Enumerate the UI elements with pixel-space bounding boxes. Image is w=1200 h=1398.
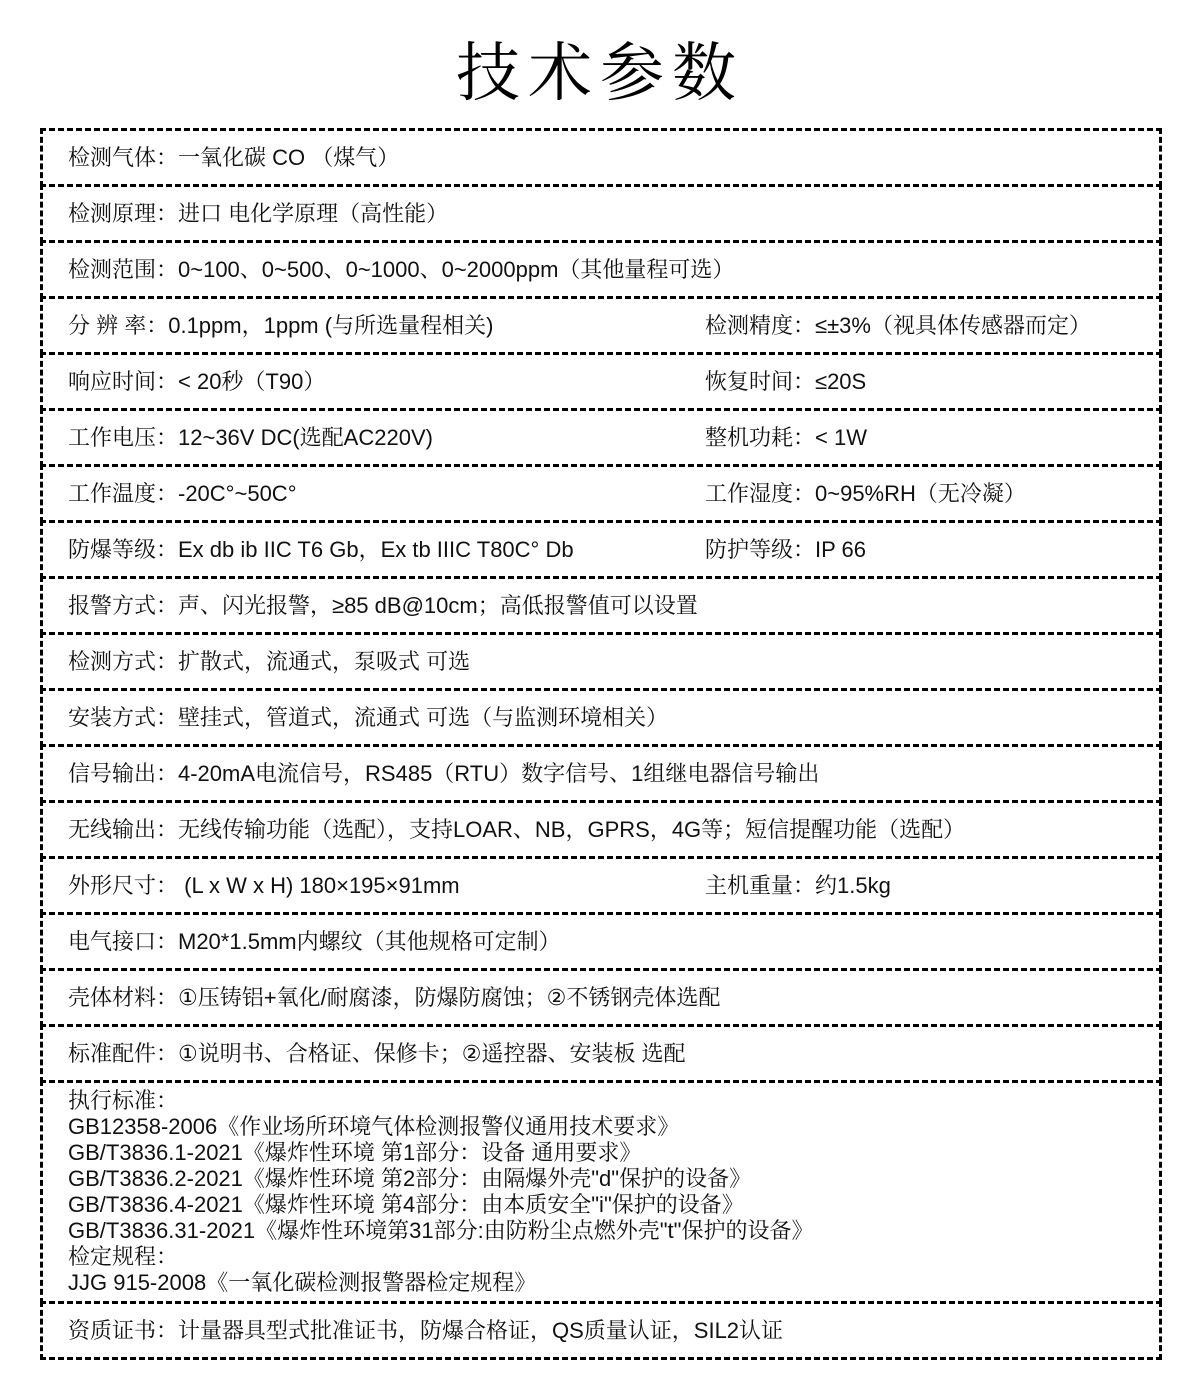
spec-row-explosion-protection-rating: 防爆等级：Ex db ib IIC T6 Gb，Ex tb IIIC T80C°…	[40, 520, 1162, 579]
spec-text-right: 恢复时间：≤20S	[705, 369, 866, 395]
spec-row-detect-principle: 检测原理：进口 电化学原理（高性能）	[40, 184, 1162, 243]
spec-row-detect-gas: 检测气体：一氧化碳 CO （煤气）	[40, 128, 1162, 187]
standards-line: GB12358-2006《作业场所环境气体检测报警仪通用技术要求》	[68, 1114, 1159, 1140]
spec-text-right: 工作湿度：0~95%RH（无冷凝）	[705, 481, 1026, 507]
spec-row-dimensions-weight: 外形尺寸： (L x W x H) 180×195×91mm 主机重量：约1.5…	[40, 856, 1162, 915]
spec-row-alarm-mode: 报警方式：声、闪光报警，≥85 dB@10cm；高低报警值可以设置	[40, 576, 1162, 635]
spec-text: 报警方式：声、闪光报警，≥85 dB@10cm；高低报警值可以设置	[43, 593, 698, 619]
standards-line: GB/T3836.2-2021《爆炸性环境 第2部分：由隔爆外壳"d"保护的设备…	[68, 1166, 1159, 1192]
spec-text: 检测气体：一氧化碳 CO （煤气）	[43, 145, 399, 171]
spec-text-left: 工作电压：12~36V DC(选配AC220V)	[43, 425, 433, 451]
spec-row-signal-output: 信号输出：4-20mA电流信号，RS485（RTU）数字信号、1组继电器信号输出	[40, 744, 1162, 803]
spec-row-voltage-power: 工作电压：12~36V DC(选配AC220V) 整机功耗：< 1W	[40, 408, 1162, 467]
spec-row-certificates: 资质证书：计量器具型式批准证书，防爆合格证，QS质量认证，SIL2认证	[40, 1301, 1162, 1360]
spec-row-standard-accessories: 标准配件：①说明书、合格证、保修卡；②遥控器、安装板 选配	[40, 1024, 1162, 1083]
spec-row-response-recovery-time: 响应时间：< 20秒（T90） 恢复时间：≤20S	[40, 352, 1162, 411]
spec-text-right: 主机重量：约1.5kg	[705, 873, 891, 899]
spec-row-install-mode: 安装方式：壁挂式，管道式，流通式 可选（与监测环境相关）	[40, 688, 1162, 747]
page-title: 技术参数	[0, 22, 1200, 114]
spec-table: 检测气体：一氧化碳 CO （煤气） 检测原理：进口 电化学原理（高性能） 检测范…	[40, 128, 1162, 1360]
spec-row-temp-humidity: 工作温度：-20C°~50C° 工作湿度：0~95%RH（无冷凝）	[40, 464, 1162, 523]
spec-text: 无线输出：无线传输功能（选配），支持LOAR、NB，GPRS，4G等；短信提醒功…	[43, 817, 965, 843]
spec-text-left: 响应时间：< 20秒（T90）	[43, 369, 325, 395]
spec-text: 检测方式：扩散式，流通式，泵吸式 可选	[43, 649, 470, 675]
spec-row-detect-range: 检测范围：0~100、0~500、0~1000、0~2000ppm（其他量程可选…	[40, 240, 1162, 299]
spec-text-right: 防护等级：IP 66	[705, 537, 866, 563]
spec-row-electrical-interface: 电气接口：M20*1.5mm内螺纹（其他规格可定制）	[40, 912, 1162, 971]
spec-text: 壳体材料：①压铸铝+氧化/耐腐漆，防爆防腐蚀；②不锈钢壳体选配	[43, 985, 720, 1011]
standards-line: GB/T3836.31-2021《爆炸性环境第31部分:由防粉尘点燃外壳"t"保…	[68, 1218, 1159, 1244]
standards-line: GB/T3836.1-2021《爆炸性环境 第1部分：设备 通用要求》	[68, 1140, 1159, 1166]
spec-row-wireless-output: 无线输出：无线传输功能（选配），支持LOAR、NB，GPRS，4G等；短信提醒功…	[40, 800, 1162, 859]
standards-line: GB/T3836.4-2021《爆炸性环境 第4部分：由本质安全"i"保护的设备…	[68, 1192, 1159, 1218]
standards-line: 执行标准：	[68, 1088, 1159, 1114]
spec-row-detect-mode: 检测方式：扩散式，流通式，泵吸式 可选	[40, 632, 1162, 691]
spec-text-right: 整机功耗：< 1W	[705, 425, 867, 451]
spec-sheet-page: 技术参数 检测气体：一氧化碳 CO （煤气） 检测原理：进口 电化学原理（高性能…	[0, 0, 1200, 1398]
spec-row-standards: 执行标准： GB12358-2006《作业场所环境气体检测报警仪通用技术要求》 …	[40, 1080, 1162, 1304]
spec-text: 检测范围：0~100、0~500、0~1000、0~2000ppm（其他量程可选…	[43, 257, 734, 283]
standards-line: JJG 915-2008《一氧化碳检测报警器检定规程》	[68, 1270, 1159, 1296]
spec-text: 电气接口：M20*1.5mm内螺纹（其他规格可定制）	[43, 929, 561, 955]
spec-text: 安装方式：壁挂式，管道式，流通式 可选（与监测环境相关）	[43, 705, 668, 731]
spec-text: 资质证书：计量器具型式批准证书，防爆合格证，QS质量认证，SIL2认证	[43, 1318, 783, 1344]
spec-text-left: 外形尺寸： (L x W x H) 180×195×91mm	[43, 873, 460, 899]
spec-text: 检测原理：进口 电化学原理（高性能）	[43, 201, 448, 227]
spec-row-resolution-accuracy: 分 辨 率：0.1ppm，1ppm (与所选量程相关) 检测精度：≤±3%（视具…	[40, 296, 1162, 355]
spec-row-housing-material: 壳体材料：①压铸铝+氧化/耐腐漆，防爆防腐蚀；②不锈钢壳体选配	[40, 968, 1162, 1027]
spec-text: 信号输出：4-20mA电流信号，RS485（RTU）数字信号、1组继电器信号输出	[43, 761, 819, 787]
spec-text-left: 防爆等级：Ex db ib IIC T6 Gb，Ex tb IIIC T80C°…	[43, 537, 574, 563]
spec-text: 标准配件：①说明书、合格证、保修卡；②遥控器、安装板 选配	[43, 1041, 686, 1067]
standards-line: 检定规程：	[68, 1244, 1159, 1270]
spec-text-left: 分 辨 率：0.1ppm，1ppm (与所选量程相关)	[43, 313, 493, 339]
spec-text-right: 检测精度：≤±3%（视具体传感器而定）	[705, 313, 1091, 339]
spec-text-left: 工作温度：-20C°~50C°	[43, 481, 297, 507]
